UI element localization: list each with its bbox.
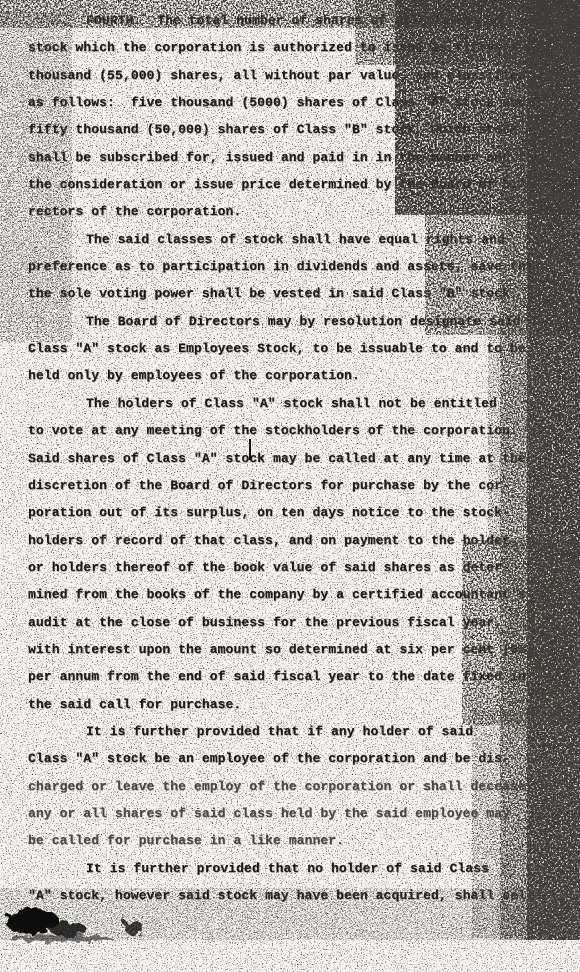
document-line: mined from the books of the company by a… [28,581,564,608]
document-line: rectors of the corporation. [28,198,564,225]
document-line: to vote at any meeting of the stockholde… [28,417,564,444]
document-line: FOURTH. The total number of shares of al… [28,7,564,34]
document-line: as follows: five thousand (5000) shares … [28,89,564,116]
document-line: preference as to participation in divide… [28,253,564,280]
document-line: charged or leave the employ of the corpo… [28,773,564,800]
ink-blot [5,908,143,942]
document-line: with interest upon the amount so determi… [28,636,564,663]
document-line: the said call for purchase. [28,691,564,718]
document-line: any or all shares of said class held by … [28,800,564,827]
document-line: The said classes of stock shall have equ… [28,226,564,253]
document-line: discretion of the Board of Directors for… [28,472,564,499]
document-line: "A" stock, however said stock may have b… [28,882,564,909]
document-line: stock which the corporation is authorize… [28,34,564,61]
document-line: It is further provided that no holder of… [28,855,564,882]
document-line: holders of record of that class, and on … [28,527,564,554]
document-line: shall be subscribed for, issued and paid… [28,144,564,171]
document-line: Said shares of Class "A" stock may be ca… [28,445,564,472]
document-line: audit at the close of business for the p… [28,609,564,636]
document-text-block: FOURTH. The total number of shares of al… [0,0,580,909]
document-line: The holders of Class "A" stock shall not… [28,390,564,417]
document-line: Class "A" stock as Employees Stock, to b… [28,335,564,362]
document-line: the sole voting power shall be vested in… [28,280,564,307]
document-line: the consideration or issue price determi… [28,171,564,198]
document-line: per annum from the end of said fiscal ye… [28,663,564,690]
document-line: or holders thereof of the book value of … [28,554,564,581]
document-line: Class "A" stock be an employee of the co… [28,745,564,772]
document-line: be called for purchase in a like manner. [28,827,564,854]
document-line: fifty thousand (50,000) shares of Class … [28,116,564,143]
document-line: poration out of its surplus, on ten days… [28,499,564,526]
document-line: held only by employees of the corporatio… [28,362,564,389]
document-line: thousand (55,000) shares, all without pa… [28,62,564,89]
scanned-document-page: FOURTH. The total number of shares of al… [0,0,580,972]
document-line: The Board of Directors may by resolution… [28,308,564,335]
document-line: It is further provided that if any holde… [28,718,564,745]
